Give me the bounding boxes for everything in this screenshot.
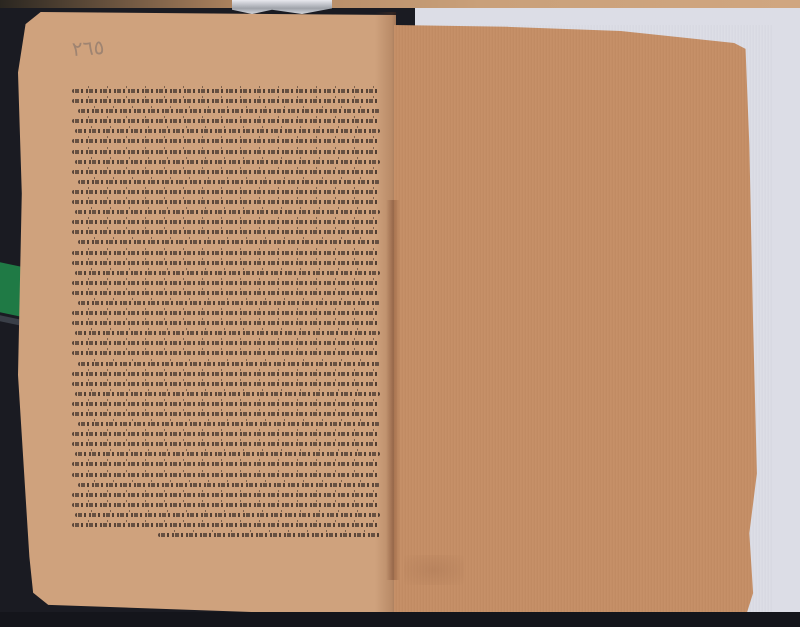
manuscript-line	[72, 116, 380, 126]
manuscript-line	[72, 187, 380, 197]
manuscript-line	[72, 126, 380, 136]
bottom-dark-edge	[0, 612, 800, 627]
manuscript-line	[72, 217, 380, 227]
manuscript-line	[72, 227, 380, 237]
manuscript-line	[72, 480, 380, 490]
manuscript-line	[72, 136, 380, 146]
manuscript-line	[72, 510, 380, 520]
manuscript-line	[72, 520, 380, 530]
manuscript-line	[72, 369, 380, 379]
manuscript-line	[72, 459, 380, 469]
manuscript-line	[72, 389, 380, 399]
manuscript-line	[72, 318, 380, 328]
manuscript-line	[72, 399, 380, 409]
manuscript-line	[72, 530, 380, 540]
manuscript-line	[72, 348, 380, 358]
manuscript-line	[72, 237, 380, 247]
manuscript-line	[72, 177, 380, 187]
manuscript-text-block	[72, 86, 380, 541]
manuscript-line	[72, 167, 380, 177]
page-number: ٢٦٥	[71, 35, 105, 61]
manuscript-line	[72, 258, 380, 268]
manuscript-line	[72, 197, 380, 207]
manuscript-line	[72, 429, 380, 439]
manuscript-line	[72, 298, 380, 308]
manuscript-line	[72, 268, 380, 278]
manuscript-line	[72, 278, 380, 288]
manuscript-line	[72, 328, 380, 338]
page-stain	[404, 555, 464, 585]
manuscript-line	[72, 449, 380, 459]
manuscript-line	[72, 288, 380, 298]
manuscript-line	[72, 419, 380, 429]
manuscript-line	[72, 409, 380, 419]
manuscript-line	[72, 157, 380, 167]
right-blank-page	[394, 25, 772, 623]
manuscript-line	[72, 379, 380, 389]
top-edge-strip	[0, 0, 800, 8]
manuscript-line	[72, 490, 380, 500]
manuscript-line	[72, 308, 380, 318]
gutter-fold	[386, 200, 400, 580]
manuscript-line	[72, 500, 380, 510]
manuscript-line	[72, 86, 380, 96]
manuscript-line	[72, 147, 380, 157]
manuscript-line	[72, 470, 380, 480]
manuscript-line	[72, 439, 380, 449]
manuscript-line	[72, 96, 380, 106]
manuscript-line	[72, 207, 380, 217]
manuscript-line	[72, 359, 380, 369]
manuscript-line	[72, 248, 380, 258]
manuscript-line	[72, 106, 380, 116]
manuscript-line	[72, 338, 380, 348]
